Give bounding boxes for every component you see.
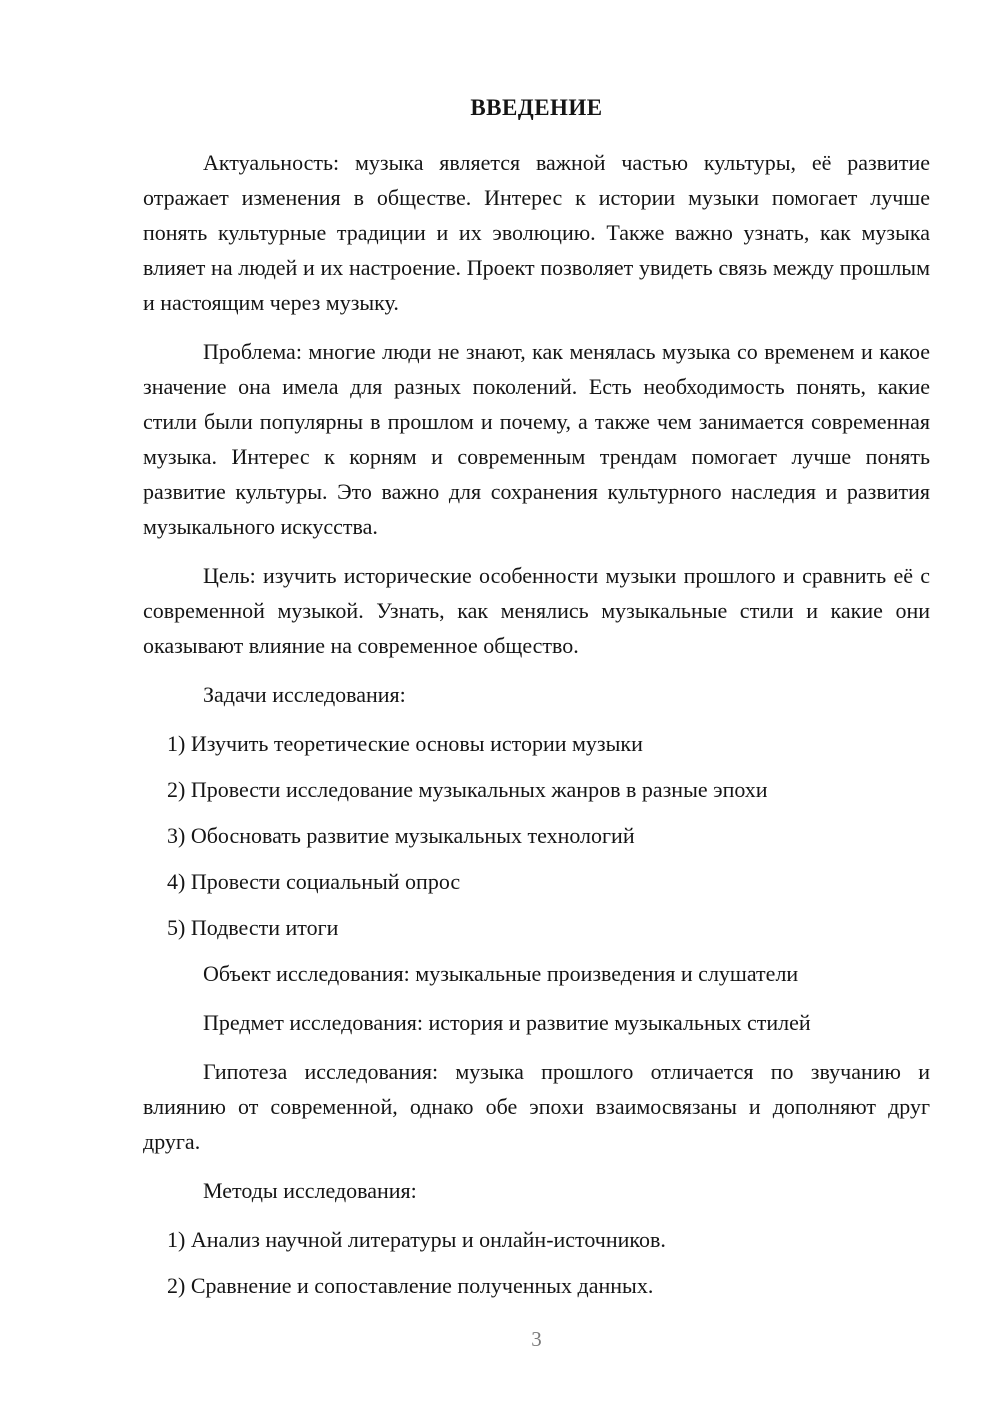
task-item-5: 5) Подвести итоги	[143, 910, 930, 945]
method-item-2: 2) Сравнение и сопоставление полученных …	[143, 1268, 930, 1303]
paragraph-goal: Цель: изучить исторические особенности м…	[143, 558, 930, 663]
document-page: ВВЕДЕНИЕ Актуальность: музыка является в…	[0, 0, 1000, 1414]
paragraph-subject: Предмет исследования: история и развитие…	[143, 1005, 930, 1040]
method-item-1: 1) Анализ научной литературы и онлайн-ис…	[143, 1222, 930, 1257]
paragraph-problem: Проблема: многие люди не знают, как меня…	[143, 334, 930, 544]
task-item-2: 2) Провести исследование музыкальных жан…	[143, 772, 930, 807]
paragraph-relevance: Актуальность: музыка является важной час…	[143, 145, 930, 320]
task-item-1: 1) Изучить теоретические основы истории …	[143, 726, 930, 761]
paragraph-object: Объект исследования: музыкальные произве…	[143, 956, 930, 991]
task-item-4: 4) Провести социальный опрос	[143, 864, 930, 899]
methods-heading: Методы исследования:	[143, 1173, 930, 1208]
task-item-3: 3) Обосновать развитие музыкальных техно…	[143, 818, 930, 853]
page-title: ВВЕДЕНИЕ	[143, 90, 930, 125]
tasks-heading: Задачи исследования:	[143, 677, 930, 712]
paragraph-hypothesis: Гипотеза исследования: музыка прошлого о…	[143, 1054, 930, 1159]
page-number: 3	[143, 1322, 930, 1357]
